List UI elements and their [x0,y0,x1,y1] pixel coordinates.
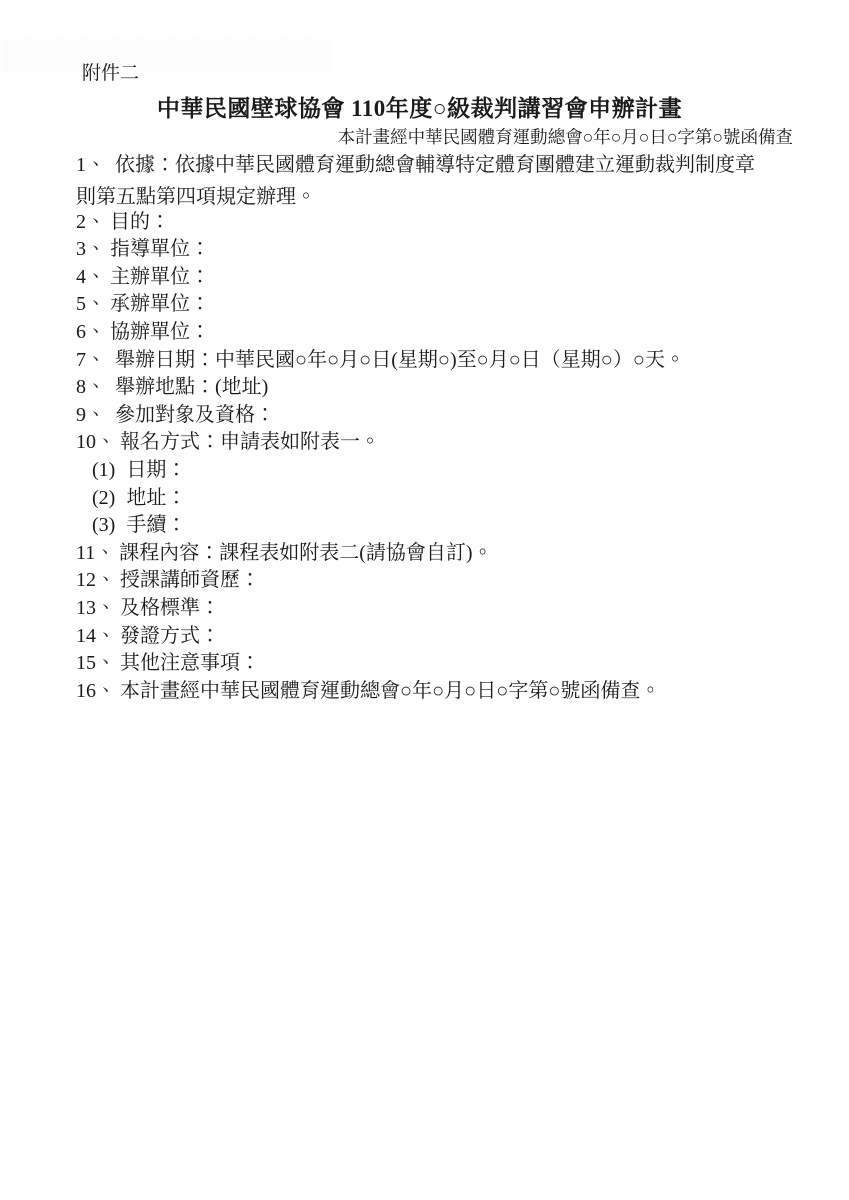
sub-list-item: (2)地址： [92,485,793,513]
attachment-label: 附件二 [82,62,793,86]
sub-list-item: (1)日期： [92,457,793,485]
item-number: 6、 [76,321,106,343]
item-number: 4、 [76,266,106,288]
list-item: 13、及格標準： [76,595,793,623]
item-number: 5、 [76,293,106,315]
list-item: 1、 依據：依據中華民國體育運動總會輔導特定體育團體建立運動裁判制度章 [76,152,793,180]
item-text: 目的： [110,211,170,233]
item-number: 12、 [76,569,116,591]
item-text: 依據：依據中華民國體育運動總會輔導特定體育團體建立運動裁判制度章 [110,154,755,176]
item-number: 14、 [76,625,116,647]
list-item: 6、協辦單位： [76,319,793,347]
sub-item-number: (1) [92,459,115,481]
list-item: 10、報名方式：申請表如附表一。 [76,429,793,457]
review-note: 本計畫經中華民國體育運動總會○年○月○日○字第○號函備查 [76,126,793,148]
list-item: 12、授課講師資歷： [76,567,793,595]
list-item: 16、本計畫經中華民國體育運動總會○年○月○日○字第○號函備查。 [76,678,793,706]
list-item: 11、課程內容：課程表如附表二(請協會自訂)。 [76,540,793,568]
item-text: 協辦單位： [110,321,210,343]
list-item: 4、主辦單位： [76,264,793,292]
item-text: 課程內容：課程表如附表二(請協會自訂)。 [119,542,492,564]
item-number: 3、 [76,238,106,260]
item-text: 報名方式：申請表如附表一。 [120,431,380,453]
list-item: 8、 舉辦地點：(地址) [76,374,793,402]
sub-list-item: (3)手續： [92,512,793,540]
list-item: 3、指導單位： [76,236,793,264]
list-item: 5、承辦單位： [76,291,793,319]
sub-item-text: 日期： [126,459,186,481]
sub-item-text: 地址： [126,487,186,509]
list-item: 9、 參加對象及資格： [76,402,793,430]
item-number: 2、 [76,211,106,233]
item-text: 其他注意事項： [120,652,260,674]
item-continuation: 則第五點第四項規定辦理。 [76,180,793,209]
sub-item-number: (2) [92,487,115,509]
item-text: 承辦單位： [110,293,210,315]
item-text: 發證方式： [120,625,220,647]
list-item: 15、其他注意事項： [76,650,793,678]
document-page: 附件二 中華民國壁球協會 110年度○級裁判講習會申辦計畫 本計畫經中華民國體育… [0,0,849,1200]
item-number: 15、 [76,652,116,674]
item-number: 13、 [76,597,116,619]
list-item: 7、 舉辦日期：中華民國○年○月○日(星期○)至○月○日（星期○）○天。 [76,347,793,375]
list-item: 14、發證方式： [76,623,793,651]
item-number: 10、 [76,431,116,453]
item-text: 舉辦日期：中華民國○年○月○日(星期○)至○月○日（星期○）○天。 [110,349,685,371]
sub-item-number: (3) [92,514,115,536]
item-text: 本計畫經中華民國體育運動總會○年○月○日○字第○號函備查。 [120,680,660,702]
item-text: 授課講師資歷： [120,569,260,591]
sub-item-text: 手續： [126,514,186,536]
item-number: 7、 [76,349,106,371]
item-number: 9、 [76,404,106,426]
item-number: 16、 [76,680,116,702]
item-text: 指導單位： [110,238,210,260]
item-number: 11、 [76,542,115,564]
list-item: 2、目的： [76,209,793,237]
document-title: 中華民國壁球協會 110年度○級裁判講習會申辦計畫 [76,94,793,124]
item-number: 1、 [76,154,106,176]
item-text: 主辦單位： [110,266,210,288]
item-number: 8、 [76,376,106,398]
plan-item-list: 1、 依據：依據中華民國體育運動總會輔導特定體育團體建立運動裁判制度章 則第五點… [76,152,793,705]
item-text: 參加對象及資格： [110,404,275,426]
item-text: 舉辦地點：(地址) [110,376,268,398]
item-text: 及格標準： [120,597,220,619]
